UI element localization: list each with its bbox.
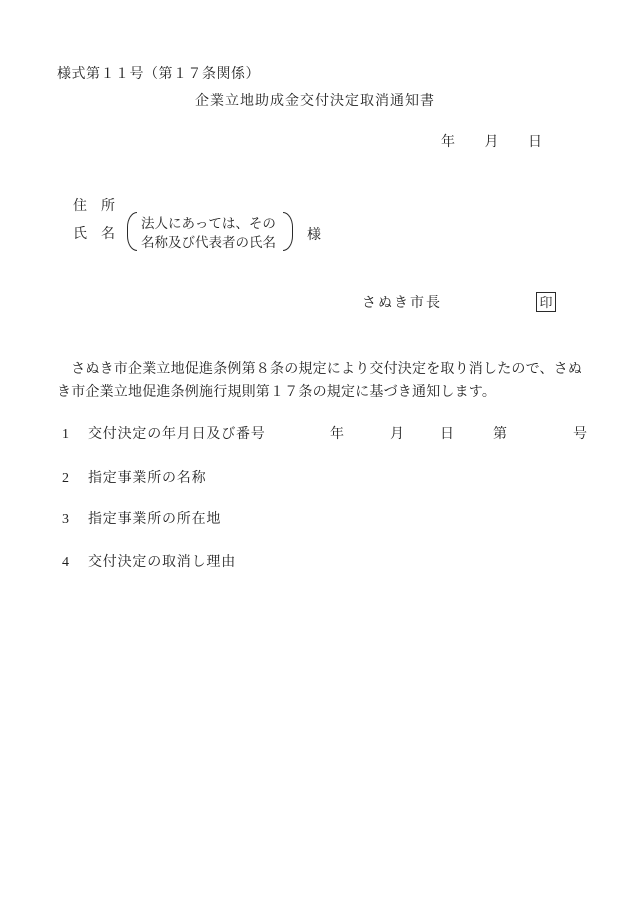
document-page: 様式第１１号（第１７条関係） 企業立地助成金交付決定取消通知書 年 月 日 住 … bbox=[0, 0, 630, 915]
item-row-grant-decision-date: 1 交付決定の年月日及び番号 年 月 日 第 号 bbox=[0, 426, 630, 446]
field-year-label: 年 bbox=[330, 426, 344, 444]
field-number-suffix-label: 号 bbox=[573, 426, 587, 444]
corporate-name-note: 法人にあっては、その 名称及び代表者の氏名 bbox=[141, 214, 276, 252]
seal-character: 印 bbox=[539, 296, 552, 309]
item-row-office-name: 2 指定事業所の名称 bbox=[0, 470, 630, 490]
field-month-label: 月 bbox=[390, 426, 404, 444]
corporate-name-note-line2: 名称及び代表者の氏名 bbox=[141, 233, 276, 252]
item-row-cancellation-reason: 4 交付決定の取消し理由 bbox=[0, 554, 630, 574]
item-label: 指定事業所の名称 bbox=[88, 470, 206, 488]
seal-placeholder-box: 印 bbox=[536, 292, 556, 312]
field-number-prefix-label: 第 bbox=[493, 426, 507, 444]
body-paragraph-line1: さぬき市企業立地促進条例第８条の規定により交付決定を取り消したので、さぬ bbox=[57, 361, 582, 379]
item-number: 1 bbox=[62, 426, 69, 444]
bracket-open-decoration bbox=[127, 212, 137, 251]
item-row-office-location: 3 指定事業所の所在地 bbox=[0, 511, 630, 531]
item-label: 交付決定の年月日及び番号 bbox=[88, 426, 266, 444]
item-label: 指定事業所の所在地 bbox=[88, 511, 221, 529]
recipient-name-label: 氏 名 bbox=[73, 226, 115, 244]
date-line: 年 月 日 bbox=[441, 134, 543, 152]
form-number: 様式第１１号（第１７条関係） bbox=[57, 66, 260, 84]
item-label: 交付決定の取消し理由 bbox=[88, 554, 236, 572]
issuer-mayor-name: さぬき市長 bbox=[362, 295, 442, 313]
body-paragraph-line2: き市企業立地促進条例施行規則第１７条の規定に基づき通知します。 bbox=[57, 384, 496, 402]
item-number: 3 bbox=[62, 511, 69, 529]
document-title: 企業立地助成金交付決定取消通知書 bbox=[0, 93, 630, 111]
corporate-name-note-line1: 法人にあっては、その bbox=[141, 214, 276, 233]
honorific-sama: 様 bbox=[307, 227, 321, 245]
field-day-label: 日 bbox=[440, 426, 454, 444]
item-number: 2 bbox=[62, 470, 69, 488]
item-number: 4 bbox=[62, 554, 69, 572]
bracket-close-decoration bbox=[283, 212, 293, 251]
recipient-address-label: 住 所 bbox=[73, 198, 115, 216]
